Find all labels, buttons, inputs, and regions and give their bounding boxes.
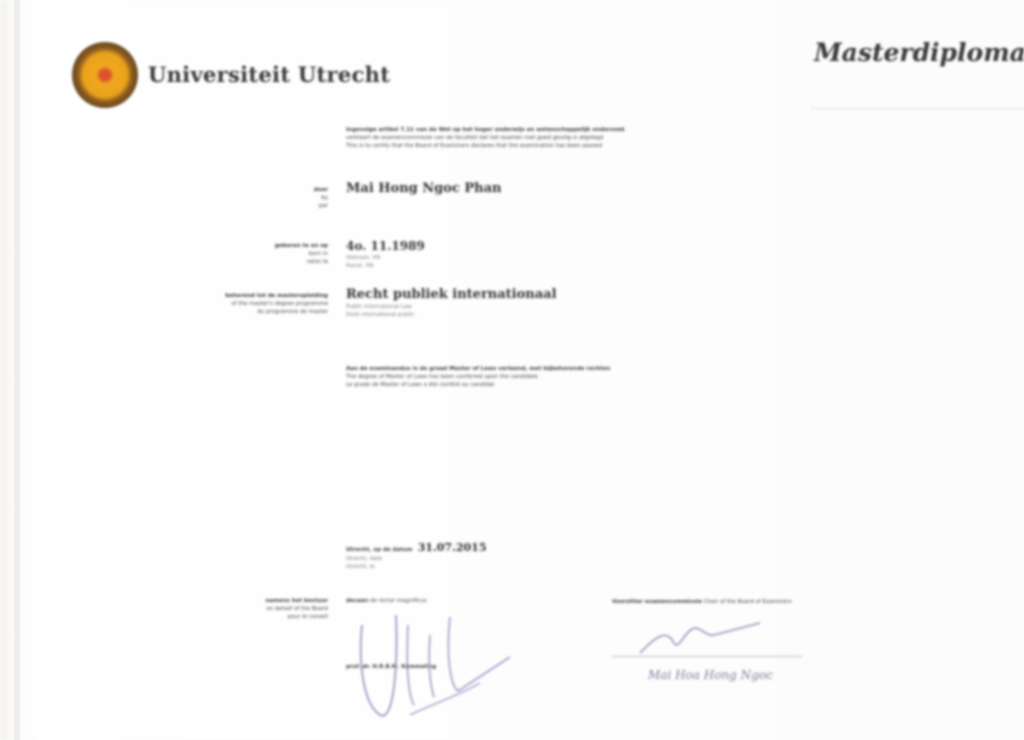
board-label: namens het bestuur on behalf of the Boar…	[168, 597, 328, 621]
issue-date-value: 31.07.2015	[418, 541, 487, 554]
university-name: Universiteit Utrecht	[148, 62, 390, 87]
title-divider	[810, 108, 1024, 109]
field-label-programme: behorend tot de masteropleiding of the m…	[168, 292, 328, 316]
field-label-name: door by par	[168, 186, 328, 210]
signature-left-icon	[350, 605, 530, 725]
intro-line-3: This is to certify that the Board of Exa…	[346, 142, 666, 150]
field-label-birth: geboren te en op born in né(e) le	[168, 242, 328, 266]
intro-line-2: verklaart de examencommissie van de facu…	[346, 134, 666, 142]
signatory-left-title: decaan de rector magnificus	[346, 597, 427, 605]
university-seal-icon	[72, 42, 138, 108]
signatory-right-title: Voorzitter examencommissie Chair of the …	[612, 598, 792, 606]
field-value-birth: 4o. 11.1989 Vietnam, VN Hanoi, VN	[346, 238, 425, 270]
field-value-programme: Recht publiek internationaal Public Inte…	[346, 287, 557, 319]
diploma-content: Universiteit Utrecht Masterdiploma Ingev…	[0, 0, 1024, 740]
signature-line	[612, 656, 802, 657]
intro-line-1: Ingevolge artikel 7.11 van de Wet op het…	[346, 126, 666, 134]
declaration-text: Aan de examinandus is de graad Master of…	[346, 365, 676, 389]
issue-date: Utrecht, op de datum 31.07.2015 Utrecht,…	[346, 536, 486, 571]
document-title: Masterdiploma	[814, 38, 1024, 67]
signature-handwritten-name: Mai Hoa Hong Ngoc	[648, 668, 773, 682]
signature-right-icon	[630, 615, 790, 665]
field-value-name: Mai Hong Ngoc Phan	[346, 181, 502, 197]
intro-text: Ingevolge artikel 7.11 van de Wet op het…	[346, 126, 666, 150]
